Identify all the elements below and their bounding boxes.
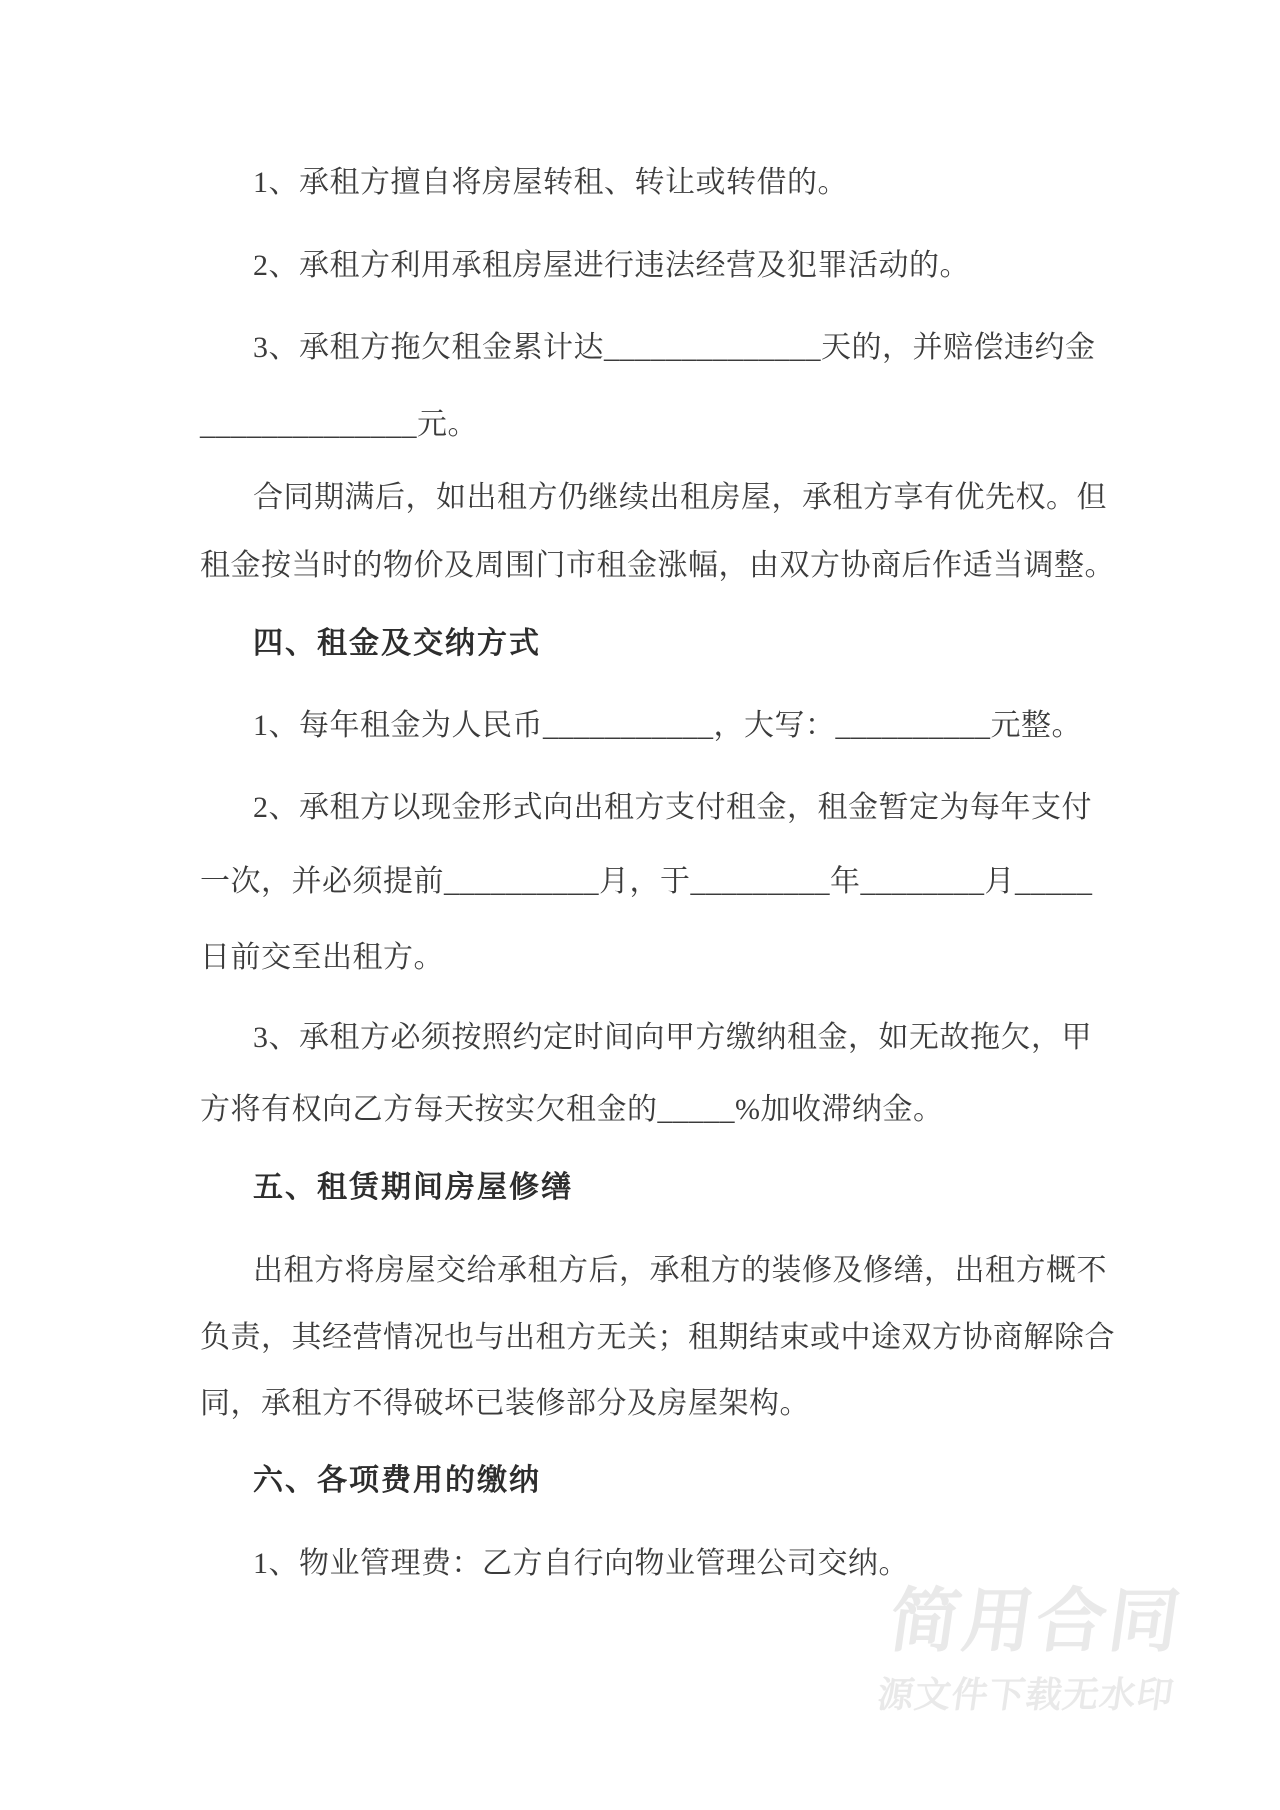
contract-line: 出租方将房屋交给承租方后，承租方的装修及修缮，出租方概不 xyxy=(200,1251,1183,1291)
watermark: 简用合同 源文件下载无水印 xyxy=(863,1588,1201,1714)
contract-line: ______________元。 xyxy=(200,405,1130,445)
contract-line: 1、承租方擅自将房屋转租、转让或转借的。 xyxy=(200,163,1183,203)
watermark-subtitle: 源文件下载无水印 xyxy=(863,1676,1188,1714)
contract-line: 合同期满后，如出租方仍继续出租房屋，承租方享有优先权。但 xyxy=(200,478,1183,518)
section-heading-repairs-during-lease: 五、租赁期间房屋修缮 xyxy=(200,1168,1183,1208)
contract-line: 租金按当时的物价及周围门市租金涨幅，由双方协商后作适当调整。 xyxy=(200,546,1130,586)
contract-document-page: 1、承租方擅自将房屋转租、转让或转借的。 2、承租方利用承租房屋进行违法经营及犯… xyxy=(0,0,1280,1810)
contract-line: 3、承租方必须按照约定时间向甲方缴纳租金，如无故拖欠，甲 xyxy=(200,1018,1183,1058)
contract-line: 1、物业管理费：乙方自行向物业管理公司交纳。 xyxy=(200,1544,1183,1584)
contract-line: 方将有权向乙方每天按实欠租金的_____%加收滞纳金。 xyxy=(200,1090,1130,1130)
contract-line: 2、承租方以现金形式向出租方支付租金，租金暂定为每年支付 xyxy=(200,788,1183,828)
section-heading-rent-and-payment: 四、租金及交纳方式 xyxy=(200,624,1183,664)
watermark-title: 简用合同 xyxy=(872,1588,1201,1654)
contract-line: 3、承租方拖欠租金累计达______________天的，并赔偿违约金 xyxy=(200,328,1183,368)
section-heading-fees-payment: 六、各项费用的缴纳 xyxy=(200,1461,1183,1501)
contract-line: 日前交至出租方。 xyxy=(200,938,1130,978)
contract-line: 2、承租方利用承租房屋进行违法经营及犯罪活动的。 xyxy=(200,246,1183,286)
contract-line: 一次，并必须提前__________月，于_________年________月… xyxy=(200,862,1130,902)
contract-line: 1、每年租金为人民币___________，大写：__________元整。 xyxy=(200,706,1183,746)
contract-line: 同，承租方不得破坏已装修部分及房屋架构。 xyxy=(200,1384,1130,1424)
contract-line: 负责，其经营情况也与出租方无关；租期结束或中途双方协商解除合 xyxy=(200,1318,1130,1358)
